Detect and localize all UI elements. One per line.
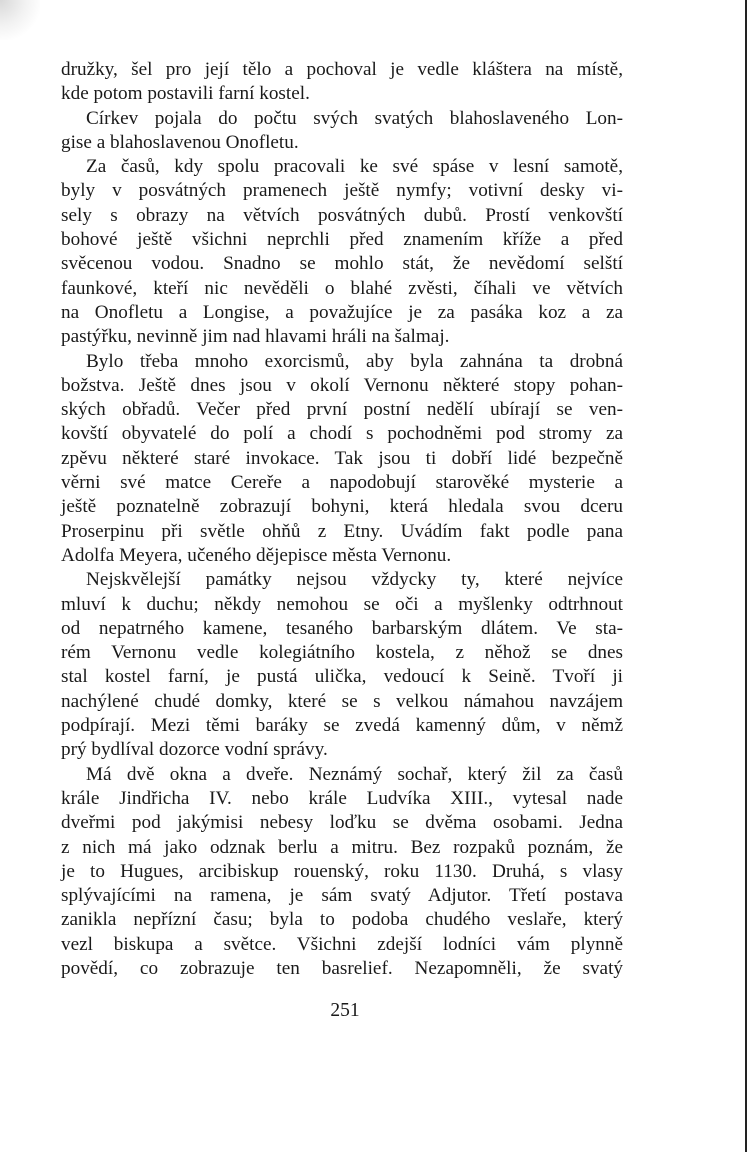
text-line: prý bydlíval dozorce vodní správy. bbox=[61, 738, 623, 762]
text-line: Proserpinu při světle ohňů z Etny. Uvádí… bbox=[61, 520, 623, 544]
scan-corner-shadow bbox=[0, 0, 40, 40]
text-line: kovští obyvatelé do polí a chodí s pocho… bbox=[61, 422, 623, 446]
text-line: stal kostel farní, je pustá ulička, vedo… bbox=[61, 665, 623, 689]
text-line: Církev pojala do počtu svých svatých bla… bbox=[61, 107, 623, 131]
page-edge-line bbox=[745, 0, 747, 1152]
text-line: splývajícími na ramena, je sám svatý Adj… bbox=[61, 884, 623, 908]
text-line: Adolfa Meyera, učeného dějepisce města V… bbox=[61, 544, 623, 568]
text-line: kde potom postavili farní kostel. bbox=[61, 82, 623, 106]
text-line: ských obřadů. Večer před první postní ne… bbox=[61, 398, 623, 422]
text-line: rém Vernonu vedle kolegiátního kostela, … bbox=[61, 641, 623, 665]
text-line: svěcenou vodou. Snadno se mohlo stát, že… bbox=[61, 252, 623, 276]
text-line: božstva. Ještě dnes jsou v okolí Vernonu… bbox=[61, 374, 623, 398]
text-line: gise a blahoslavenou Onofletu. bbox=[61, 131, 623, 155]
text-line: je to Hugues, arcibiskup rouenský, roku … bbox=[61, 860, 623, 884]
text-line: povědí, co zobrazuje ten basrelief. Neza… bbox=[61, 957, 623, 981]
text-line: sely s obrazy na větvích posvátných dubů… bbox=[61, 204, 623, 228]
text-line: zanikla nepřízní času; byla to podoba ch… bbox=[61, 908, 623, 932]
page-number: 251 bbox=[0, 1000, 690, 1022]
text-line: byly v posvátných pramenech ještě nymfy;… bbox=[61, 179, 623, 203]
book-page: družky, šel pro její tělo a pochoval je … bbox=[0, 0, 750, 1152]
text-line: mluví k duchu; někdy nemohou se oči a my… bbox=[61, 593, 623, 617]
text-line: pastýřku, nevinně jim nad hlavami hráli … bbox=[61, 325, 623, 349]
text-line: z nich má jako odznak berlu a mitru. Bez… bbox=[61, 836, 623, 860]
text-line: družky, šel pro její tělo a pochoval je … bbox=[61, 58, 623, 82]
text-line: zpěvu některé staré invokace. Tak jsou t… bbox=[61, 447, 623, 471]
text-line: Za časů, kdy spolu pracovali ke své spás… bbox=[61, 155, 623, 179]
text-line: vezl biskupa a světce. Všichni zdejší lo… bbox=[61, 933, 623, 957]
text-line: faunkové, kteří nic nevěděli o blahé zvě… bbox=[61, 277, 623, 301]
text-line: nachýlené chudé domky, které se s velkou… bbox=[61, 690, 623, 714]
text-line: Nejskvělejší památky nejsou vždycky ty, … bbox=[61, 568, 623, 592]
text-line: podpírají. Mezi těmi baráky se zvedá kam… bbox=[61, 714, 623, 738]
text-line: Bylo třeba mnoho exorcismů, aby byla zah… bbox=[61, 350, 623, 374]
text-line: Má dvě okna a dveře. Neznámý sochař, kte… bbox=[61, 763, 623, 787]
text-line: ještě poznatelně zobrazují bohyni, která… bbox=[61, 495, 623, 519]
text-line: dveřmi pod jakýmisi nebesy loďku se dvěm… bbox=[61, 811, 623, 835]
text-line: od nepatrného kamene, tesaného barbarský… bbox=[61, 617, 623, 641]
text-line: bohové ještě všichni neprchli před zname… bbox=[61, 228, 623, 252]
text-line: krále Jindřicha IV. nebo krále Ludvíka X… bbox=[61, 787, 623, 811]
text-line: na Onofletu a Longise, a považujíce je z… bbox=[61, 301, 623, 325]
body-text: družky, šel pro její tělo a pochoval je … bbox=[61, 58, 623, 981]
text-line: věrni své matce Cereře a napodobují star… bbox=[61, 471, 623, 495]
